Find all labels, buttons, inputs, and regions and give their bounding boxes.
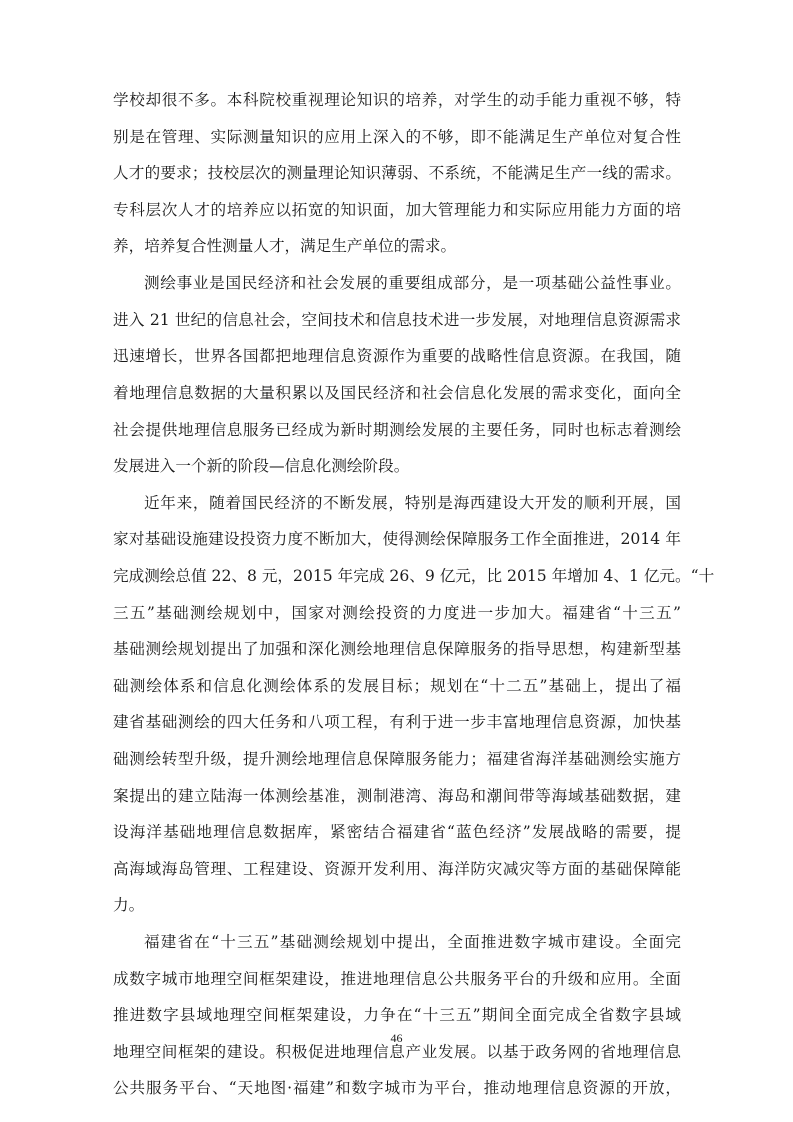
text-line: 家对基础设施建设投资力度不断加大，使得测绘保障服务工作全面推进，2014 年 (113, 529, 681, 549)
text-line: 三五”基础测绘规划中，国家对测绘投资的力度进一步加大。福建省“十三五” (113, 603, 681, 623)
text-line: 案提出的建立陆海一体测绘基准，测制港湾、海岛和潮间带等海域基础数据，建 (113, 786, 681, 806)
text-line: 进入 21 世纪的信息社会，空间技术和信息技术进一步发展，对地理信息资源需求 (113, 310, 681, 330)
text-line: 础测绘体系和信息化测绘体系的发展目标；规划在“十二五”基础上，提出了福 (113, 676, 681, 696)
text-line: 别是在管理、实际测量知识的应用上深入的不够，即不能满足生产单位对复合性 (113, 127, 681, 147)
text-line: 设海洋基础地理信息数据库，紧密结合福建省“蓝色经济”发展战略的需要，提 (113, 822, 681, 842)
text-line: 学校却很不多。本科院校重视理论知识的培养，对学生的动手能力重视不够，特 (113, 90, 681, 110)
text-line: 社会提供地理信息服务已经成为新时期测绘发展的主要任务，同时也标志着测绘 (113, 420, 681, 440)
text-line: 人才的要求；技校层次的测量理论知识薄弱、不系统，不能满足生产一线的需求。 (113, 163, 681, 183)
text-line: 发展进入一个新的阶段—信息化测绘阶段。 (113, 456, 681, 476)
page-number: 46 (0, 1031, 793, 1046)
text-line: 专科层次人才的培养应以拓宽的知识面，加大管理能力和实际应用能力方面的培 (113, 200, 681, 220)
text-line: 着地理信息数据的大量积累以及国民经济和社会信息化发展的需求变化，面向全 (113, 383, 681, 403)
text-line: 础测绘转型升级，提升测绘地理信息保障服务能力；福建省海洋基础测绘实施方 (113, 749, 681, 769)
document-page: 学校却很不多。本科院校重视理论知识的培养，对学生的动手能力重视不够，特 别是在管… (0, 0, 793, 1122)
text-line: 成数字城市地理空间框架建设，推进地理信息公共服务平台的升级和应用。全面 (113, 969, 681, 989)
paragraph-first-line: 测绘事业是国民经济和社会发展的重要组成部分，是一项基础公益性事业。 (144, 273, 681, 293)
text-line: 完成测绘总值 22、8 元，2015 年完成 26、9 亿元，比 2015 年增… (113, 566, 681, 586)
paragraph-first-line: 福建省在“十三五”基础测绘规划中提出，全面推进数字城市建设。全面完 (144, 932, 681, 952)
text-line: 推进数字县域地理空间框架建设，力争在“十三五”期间全面完成全省数字县域 (113, 1005, 681, 1025)
text-line: 养，培养复合性测量人才，满足生产单位的需求。 (113, 236, 681, 256)
text-line: 迅速增长，世界各国都把地理信息资源作为重要的战略性信息资源。在我国，随 (113, 346, 681, 366)
text-line: 基础测绘规划提出了加强和深化测绘地理信息保障服务的指导思想，构建新型基 (113, 639, 681, 659)
text-line: 公共服务平台、“天地图·福建”和数字城市为平台，推动地理信息资源的开放， (113, 1078, 681, 1098)
paragraph-first-line: 近年来，随着国民经济的不断发展，特别是海西建设大开发的顺利开展，国 (144, 493, 681, 513)
text-line: 建省基础测绘的四大任务和八项工程，有利于进一步丰富地理信息资源，加快基 (113, 712, 681, 732)
text-line: 高海域海岛管理、工程建设、资源开发利用、海洋防灾减灾等方面的基础保障能 (113, 859, 681, 879)
text-line: 力。 (113, 895, 681, 915)
